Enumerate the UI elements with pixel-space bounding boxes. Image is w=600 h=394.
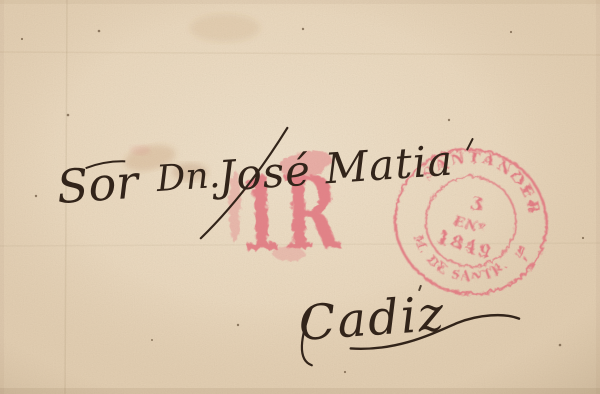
letter-cover-scan: SANTANDER M. DE SANTR. 3 ENº 1849 9. 1R … xyxy=(0,0,600,394)
destination-city: Cadiz xyxy=(297,286,447,352)
rate-stamp-ink-smudge xyxy=(271,245,303,259)
address-honorific: Dn. xyxy=(154,155,221,200)
